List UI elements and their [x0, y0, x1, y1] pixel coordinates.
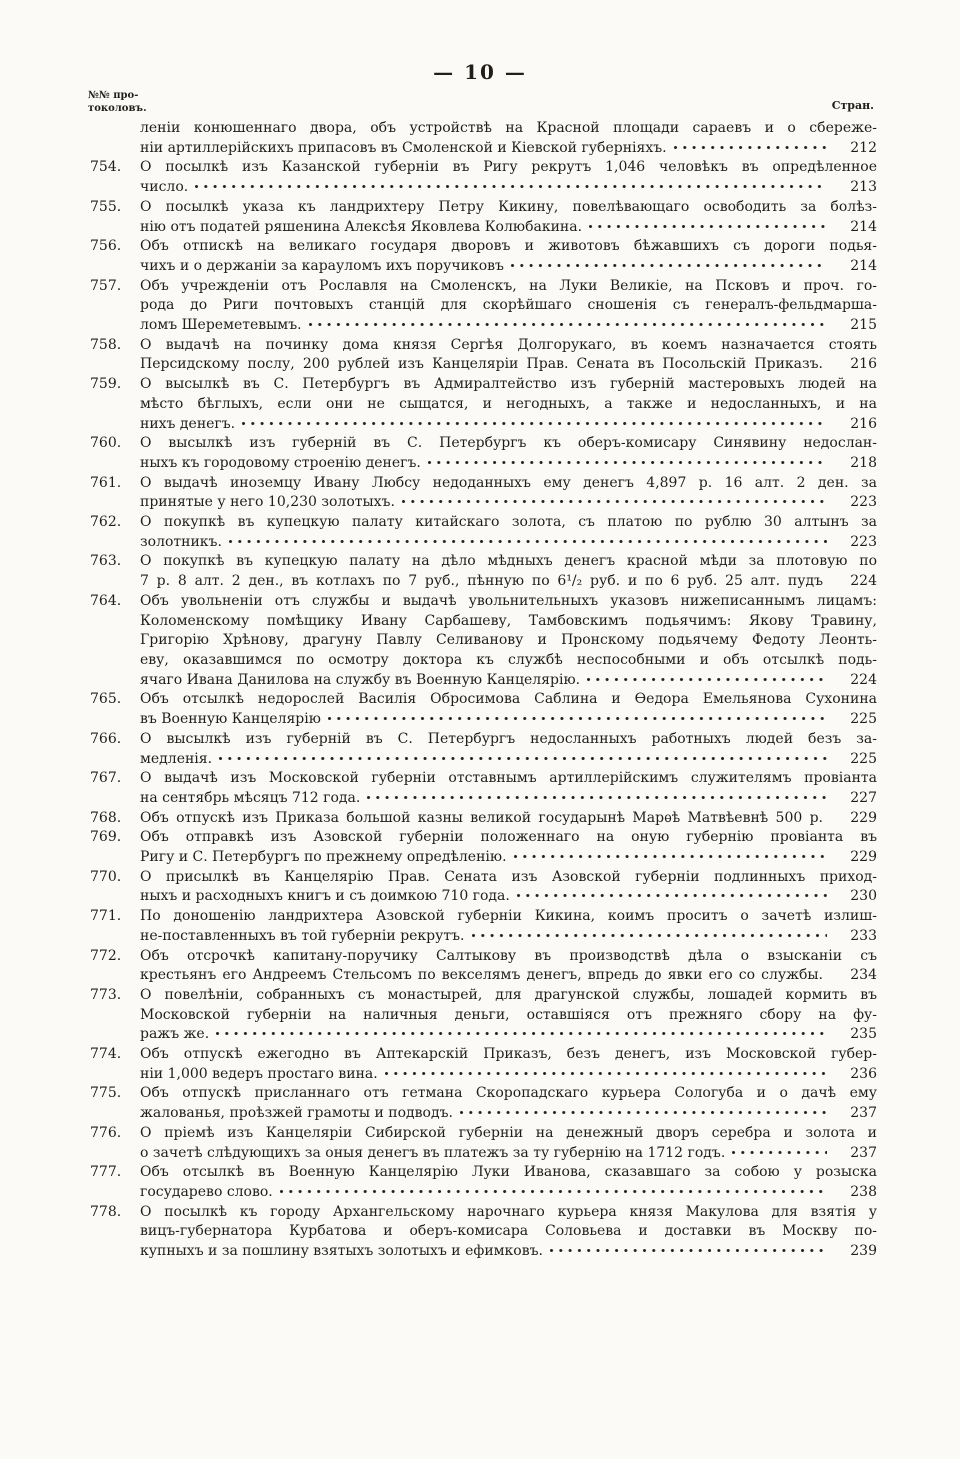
toc-entry: 770.О присылкѣ въ Канцелярію Прав. Сенат…: [90, 868, 877, 907]
entry-page-number: 235: [831, 1025, 877, 1045]
entry-number: 774.: [90, 1045, 140, 1084]
entry-last-line: медленія.225: [140, 750, 877, 770]
entry-line: Объ отпискѣ на великаго государя дворовъ…: [140, 237, 877, 257]
document-page: — 10 — №№ про- токоловъ. Стран. леніи ко…: [0, 0, 960, 1459]
toc-entry: 761.О выдачѣ иноземцу Ивану Любсу недода…: [90, 474, 877, 513]
toc-entry: 767.О выдачѣ изъ Московской губерніи отс…: [90, 769, 877, 808]
entry-page-number: 239: [831, 1242, 877, 1262]
entry-page-number: 223: [831, 533, 877, 553]
entry-last-line: на сентябрь мѣсяцъ 712 года.227: [140, 789, 877, 809]
entry-last-line: ніи артиллерійскихъ припасовъ въ Смоленс…: [140, 139, 877, 159]
entry-line: По доношенію ландрихтера Азовской губерн…: [140, 907, 877, 927]
toc-entry: 758.О выдачѣ на починку дома князя Сергѣ…: [90, 336, 877, 375]
entry-line: Объ увольненіи отъ службы и выдачѣ уволь…: [140, 592, 877, 612]
entry-body: Объ отсылкѣ недорослей Василія Обросимов…: [140, 690, 877, 729]
entry-last-line: Объ отпускѣ изъ Приказа большой казны ве…: [140, 809, 877, 829]
entry-last-line: ражъ же.235: [140, 1025, 877, 1045]
toc-entry: 771.По доношенію ландрихтера Азовской гу…: [90, 907, 877, 946]
entry-line: нихъ денегъ.: [140, 415, 235, 435]
entry-last-line: 7 р. 8 алт. 2 ден., въ котлахъ по 7 руб.…: [140, 572, 877, 592]
entry-number: 775.: [90, 1084, 140, 1123]
entry-last-line: число.213: [140, 178, 877, 198]
entry-page-number: 214: [831, 218, 877, 238]
entry-number: 778.: [90, 1203, 140, 1262]
entry-number: 761.: [90, 474, 140, 513]
entry-last-line: ломъ Шереметевымъ.215: [140, 316, 877, 336]
entry-line: государево слово.: [140, 1183, 273, 1203]
entry-body: Объ отпускѣ присланнаго отъ гетмана Скор…: [140, 1084, 877, 1123]
entry-body: О покупкѣ въ купецкую палату на дѣло мѣд…: [140, 552, 877, 591]
entry-line: ныхъ къ городовому строенію денегъ.: [140, 454, 421, 474]
entry-line: ніи 1,000 ведеръ простаго вина.: [140, 1065, 378, 1085]
entry-last-line: государево слово.238: [140, 1183, 877, 1203]
entry-line: рода до Риги почтовыхъ станцій для скорѣ…: [140, 296, 877, 316]
entry-body: Объ учрежденіи отъ Рославля на Смоленскъ…: [140, 277, 877, 336]
entry-line: О высылкѣ изъ губерній въ С. Петербургъ …: [140, 730, 877, 750]
entry-last-line: купныхъ и за пошлину взятыхъ золотыхъ и …: [140, 1242, 877, 1262]
entry-line: нію отъ податей ряшенина Алексѣя Яковлев…: [140, 218, 582, 238]
entry-number: 772.: [90, 947, 140, 986]
protocols-heading-line2: токоловъ.: [88, 103, 147, 114]
entry-page-number: 229: [831, 809, 877, 829]
entry-page-number: 218: [831, 454, 877, 474]
entry-body: леніи конюшеннаго двора, объ устройствѣ …: [140, 119, 877, 158]
pages-column-heading: Стран.: [832, 99, 874, 112]
entry-last-line: золотникъ.223: [140, 533, 877, 553]
entry-body: Объ отпускѣ изъ Приказа большой казны ве…: [140, 809, 877, 829]
entry-line: жалованья, проѣзжей грамоты и подводъ.: [140, 1104, 453, 1124]
entry-number: 754.: [90, 158, 140, 197]
entry-number: 757.: [90, 277, 140, 336]
entry-line: Персидскому послу, 200 рублей изъ Канцел…: [140, 355, 823, 375]
entry-line: купныхъ и за пошлину взятыхъ золотыхъ и …: [140, 1242, 543, 1262]
entry-last-line: чихъ и о держаніи за карауломъ ихъ поруч…: [140, 257, 877, 277]
entry-line: О высылкѣ въ С. Петербургъ въ Адмиралтей…: [140, 375, 877, 395]
protocols-column-heading: №№ про- токоловъ.: [88, 90, 147, 115]
protocols-heading-line1: №№ про-: [88, 90, 138, 101]
entry-line: не-поставленныхъ въ той губерніи рекрутъ…: [140, 927, 465, 947]
toc-entry: 776.О пріемѣ изъ Канцеляріи Сибирской гу…: [90, 1124, 877, 1163]
entry-page-number: 237: [831, 1144, 877, 1164]
entry-last-line: нихъ денегъ.216: [140, 415, 877, 435]
entry-last-line: не-поставленныхъ въ той губерніи рекрутъ…: [140, 927, 877, 947]
entry-page-number: 238: [831, 1183, 877, 1203]
entry-page-number: 224: [831, 671, 877, 691]
entry-page-number: 225: [831, 710, 877, 730]
entry-page-number: 229: [831, 848, 877, 868]
entry-line: О покупкѣ въ купецкую палату на дѣло мѣд…: [140, 552, 877, 572]
entry-last-line: Ригу и С. Петербургъ по прежнему опредѣл…: [140, 848, 877, 868]
entry-page-number: 236: [831, 1065, 877, 1085]
entry-line: Московской губерніи на наличныя деньги, …: [140, 1006, 877, 1026]
entry-line: Коломенскому помѣщику Ивану Сарбашеву, Т…: [140, 612, 877, 632]
entry-line: 7 р. 8 алт. 2 ден., въ котлахъ по 7 руб.…: [140, 572, 823, 592]
entry-line: О посылкѣ къ городу Архангельскому нароч…: [140, 1203, 877, 1223]
entry-page-number: 216: [831, 355, 877, 375]
entry-page-number: 223: [831, 493, 877, 513]
entry-page-number: 216: [831, 415, 877, 435]
entry-line: о зачетѣ слѣдующихъ за оныя денегъ въ пл…: [140, 1144, 725, 1164]
entry-last-line: крестьянъ его Андреемъ Стельсомъ по векс…: [140, 966, 877, 986]
entry-line: Объ отпускѣ ежегодно въ Аптекарскій Прик…: [140, 1045, 877, 1065]
entry-body: О посылкѣ къ городу Архангельскому нароч…: [140, 1203, 877, 1262]
entry-last-line: ныхъ къ городовому строенію денегъ.218: [140, 454, 877, 474]
entry-line: О повелѣніи, собранныхъ съ монастырей, д…: [140, 986, 877, 1006]
entry-page-number: 234: [831, 966, 877, 986]
entry-body: Объ отпискѣ на великаго государя дворовъ…: [140, 237, 877, 276]
entry-body: О посылкѣ изъ Казанской губерніи въ Ригу…: [140, 158, 877, 197]
entry-page-number: 215: [831, 316, 877, 336]
entry-number: 776.: [90, 1124, 140, 1163]
entry-line: ніи артиллерійскихъ припасовъ въ Смоленс…: [140, 139, 667, 159]
entry-line: вицъ-губернатора Курбатова и оберъ-комис…: [140, 1222, 877, 1242]
entry-number: 768.: [90, 809, 140, 829]
entry-number: 766.: [90, 730, 140, 769]
toc-entry: 777.Объ отсылкѣ въ Военную Канцелярію Лу…: [90, 1163, 877, 1202]
entry-body: Объ отсрочкѣ капитану-поручику Салтыкову…: [140, 947, 877, 986]
toc-entry: 757.Объ учрежденіи отъ Рославля на Смоле…: [90, 277, 877, 336]
entry-number: 773.: [90, 986, 140, 1045]
entry-last-line: нію отъ податей ряшенина Алексѣя Яковлев…: [140, 218, 877, 238]
toc-entry: 759.О высылкѣ въ С. Петербургъ въ Адмира…: [90, 375, 877, 434]
entry-last-line: жалованья, проѣзжей грамоты и подводъ.23…: [140, 1104, 877, 1124]
entry-number: 767.: [90, 769, 140, 808]
toc-entry: 764.Объ увольненіи отъ службы и выдачѣ у…: [90, 592, 877, 691]
toc-entry: 763.О покупкѣ въ купецкую палату на дѣло…: [90, 552, 877, 591]
toc-entry: 774.Объ отпускѣ ежегодно въ Аптекарскій …: [90, 1045, 877, 1084]
toc-entry: 775.Объ отпускѣ присланнаго отъ гетмана …: [90, 1084, 877, 1123]
entry-line: въ Военную Канцелярію: [140, 710, 321, 730]
toc-entry: 766.О высылкѣ изъ губерній въ С. Петербу…: [90, 730, 877, 769]
entry-page-number: 230: [831, 887, 877, 907]
entry-body: О пріемѣ изъ Канцеляріи Сибирской губерн…: [140, 1124, 877, 1163]
entry-line: Ригу и С. Петербургъ по прежнему опредѣл…: [140, 848, 507, 868]
entry-line: ныхъ и расходныхъ книгъ и съ доимкою 710…: [140, 887, 510, 907]
entry-page-number: 225: [831, 750, 877, 770]
toc-entry: леніи конюшеннаго двора, объ устройствѣ …: [90, 119, 877, 158]
entry-number: 763.: [90, 552, 140, 591]
entry-line: ражъ же.: [140, 1025, 209, 1045]
entry-number: 762.: [90, 513, 140, 552]
entry-page-number: 233: [831, 927, 877, 947]
entry-number: [90, 119, 140, 158]
entry-body: Объ отправкѣ изъ Азовской губерніи полож…: [140, 828, 877, 867]
entry-last-line: ячаго Ивана Данилова на службу въ Военну…: [140, 671, 877, 691]
entry-body: О высылкѣ въ С. Петербургъ въ Адмиралтей…: [140, 375, 877, 434]
toc-entry: 768.Объ отпускѣ изъ Приказа большой казн…: [90, 809, 877, 829]
entry-line: Объ отсрочкѣ капитану-поручику Салтыкову…: [140, 947, 877, 967]
entry-number: 769.: [90, 828, 140, 867]
toc-entry-list: леніи конюшеннаго двора, объ устройствѣ …: [90, 119, 877, 1262]
entry-page-number: 212: [831, 139, 877, 159]
entry-line: чихъ и о держаніи за карауломъ ихъ поруч…: [140, 257, 504, 277]
toc-entry: 754.О посылкѣ изъ Казанской губерніи въ …: [90, 158, 877, 197]
toc-entry: 769.Объ отправкѣ изъ Азовской губерніи п…: [90, 828, 877, 867]
entry-body: По доношенію ландрихтера Азовской губерн…: [140, 907, 877, 946]
toc-entry: 756.Объ отпискѣ на великаго государя дво…: [90, 237, 877, 276]
entry-page-number: 237: [831, 1104, 877, 1124]
entry-number: 759.: [90, 375, 140, 434]
entry-line: принятые у него 10,230 золотыхъ.: [140, 493, 395, 513]
entry-line: Объ отправкѣ изъ Азовской губерніи полож…: [140, 828, 877, 848]
entry-number: 760.: [90, 434, 140, 473]
entry-body: Объ отсылкѣ въ Военную Канцелярію Луки И…: [140, 1163, 877, 1202]
entry-line: О присылкѣ въ Канцелярію Прав. Сената из…: [140, 868, 877, 888]
entry-line: число.: [140, 178, 188, 198]
entry-last-line: ніи 1,000 ведеръ простаго вина.236: [140, 1065, 877, 1085]
entry-number: 758.: [90, 336, 140, 375]
entry-number: 770.: [90, 868, 140, 907]
entry-last-line: Персидскому послу, 200 рублей изъ Канцел…: [140, 355, 877, 375]
entry-last-line: о зачетѣ слѣдующихъ за оныя денегъ въ пл…: [140, 1144, 877, 1164]
entry-number: 771.: [90, 907, 140, 946]
entry-body: О покупкѣ въ купецкую палату китайскаго …: [140, 513, 877, 552]
entry-line: ячаго Ивана Данилова на службу въ Военну…: [140, 671, 580, 691]
toc-entry: 760.О высылкѣ изъ губерній въ С. Петербу…: [90, 434, 877, 473]
entry-line: О выдачѣ изъ Московской губерніи отставн…: [140, 769, 877, 789]
entry-line: О пріемѣ изъ Канцеляріи Сибирской губерн…: [140, 1124, 877, 1144]
entry-body: О высылкѣ изъ губерній въ С. Петербургъ …: [140, 434, 877, 473]
entry-line: О выдачѣ на починку дома князя Сергѣя До…: [140, 336, 877, 356]
entry-body: О высылкѣ изъ губерній въ С. Петербургъ …: [140, 730, 877, 769]
toc-entry: 773.О повелѣніи, собранныхъ съ монастыре…: [90, 986, 877, 1045]
entry-page-number: 227: [831, 789, 877, 809]
entry-page-number: 213: [831, 178, 877, 198]
entry-line: О покупкѣ въ купецкую палату китайскаго …: [140, 513, 877, 533]
entry-line: золотникъ.: [140, 533, 222, 553]
entry-line: ломъ Шереметевымъ.: [140, 316, 302, 336]
entry-last-line: въ Военную Канцелярію225: [140, 710, 877, 730]
entry-number: 777.: [90, 1163, 140, 1202]
entry-line: медленія.: [140, 750, 212, 770]
entry-line: Григорію Хрѣнову, драгуну Павлу Селивано…: [140, 631, 877, 651]
entry-page-number: 214: [831, 257, 877, 277]
entry-page-number: 224: [831, 572, 877, 592]
entry-line: на сентябрь мѣсяцъ 712 года.: [140, 789, 360, 809]
entry-body: Объ отпускѣ ежегодно въ Аптекарскій Прик…: [140, 1045, 877, 1084]
entry-number: 755.: [90, 198, 140, 237]
entry-body: О выдачѣ на починку дома князя Сергѣя До…: [140, 336, 877, 375]
toc-entry: 765.Объ отсылкѣ недорослей Василія Оброс…: [90, 690, 877, 729]
entry-line: леніи конюшеннаго двора, объ устройствѣ …: [140, 119, 877, 139]
entry-line: О посылкѣ изъ Казанской губерніи въ Ригу…: [140, 158, 877, 178]
entry-line: еву, оказавшимся по осмотру доктора къ с…: [140, 651, 877, 671]
entry-line: Объ отсылкѣ въ Военную Канцелярію Луки И…: [140, 1163, 877, 1183]
entry-body: О выдачѣ иноземцу Ивану Любсу недоданных…: [140, 474, 877, 513]
entry-body: О присылкѣ въ Канцелярію Прав. Сената из…: [140, 868, 877, 907]
entry-line: Объ учрежденіи отъ Рославля на Смоленскъ…: [140, 277, 877, 297]
entry-line: Объ отсылкѣ недорослей Василія Обросимов…: [140, 690, 877, 710]
toc-entry: 762.О покупкѣ въ купецкую палату китайск…: [90, 513, 877, 552]
entry-line: Объ отпускѣ изъ Приказа большой казны ве…: [140, 809, 823, 829]
entry-line: О посылкѣ указа къ ландрихтеру Петру Кик…: [140, 198, 877, 218]
entry-line: О выдачѣ иноземцу Ивану Любсу недоданных…: [140, 474, 877, 494]
entry-body: О посылкѣ указа къ ландрихтеру Петру Кик…: [140, 198, 877, 237]
toc-entry: 755.О посылкѣ указа къ ландрихтеру Петру…: [90, 198, 877, 237]
toc-entry: 772.Объ отсрочкѣ капитану-поручику Салты…: [90, 947, 877, 986]
entry-number: 764.: [90, 592, 140, 691]
entry-last-line: принятые у него 10,230 золотыхъ.223: [140, 493, 877, 513]
entry-line: Объ отпускѣ присланнаго отъ гетмана Скор…: [140, 1084, 877, 1104]
page-number: — 10 —: [0, 60, 960, 84]
entry-line: мѣсто бѣглыхъ, если они не сыщатся, и не…: [140, 395, 877, 415]
entry-number: 756.: [90, 237, 140, 276]
entry-number: 765.: [90, 690, 140, 729]
entry-body: Объ увольненіи отъ службы и выдачѣ уволь…: [140, 592, 877, 691]
entry-body: О повелѣніи, собранныхъ съ монастырей, д…: [140, 986, 877, 1045]
entry-last-line: ныхъ и расходныхъ книгъ и съ доимкою 710…: [140, 887, 877, 907]
entry-line: О высылкѣ изъ губерній въ С. Петербургъ …: [140, 434, 877, 454]
entry-body: О выдачѣ изъ Московской губерніи отставн…: [140, 769, 877, 808]
toc-entry: 778.О посылкѣ къ городу Архангельскому н…: [90, 1203, 877, 1262]
entry-line: крестьянъ его Андреемъ Стельсомъ по векс…: [140, 966, 823, 986]
